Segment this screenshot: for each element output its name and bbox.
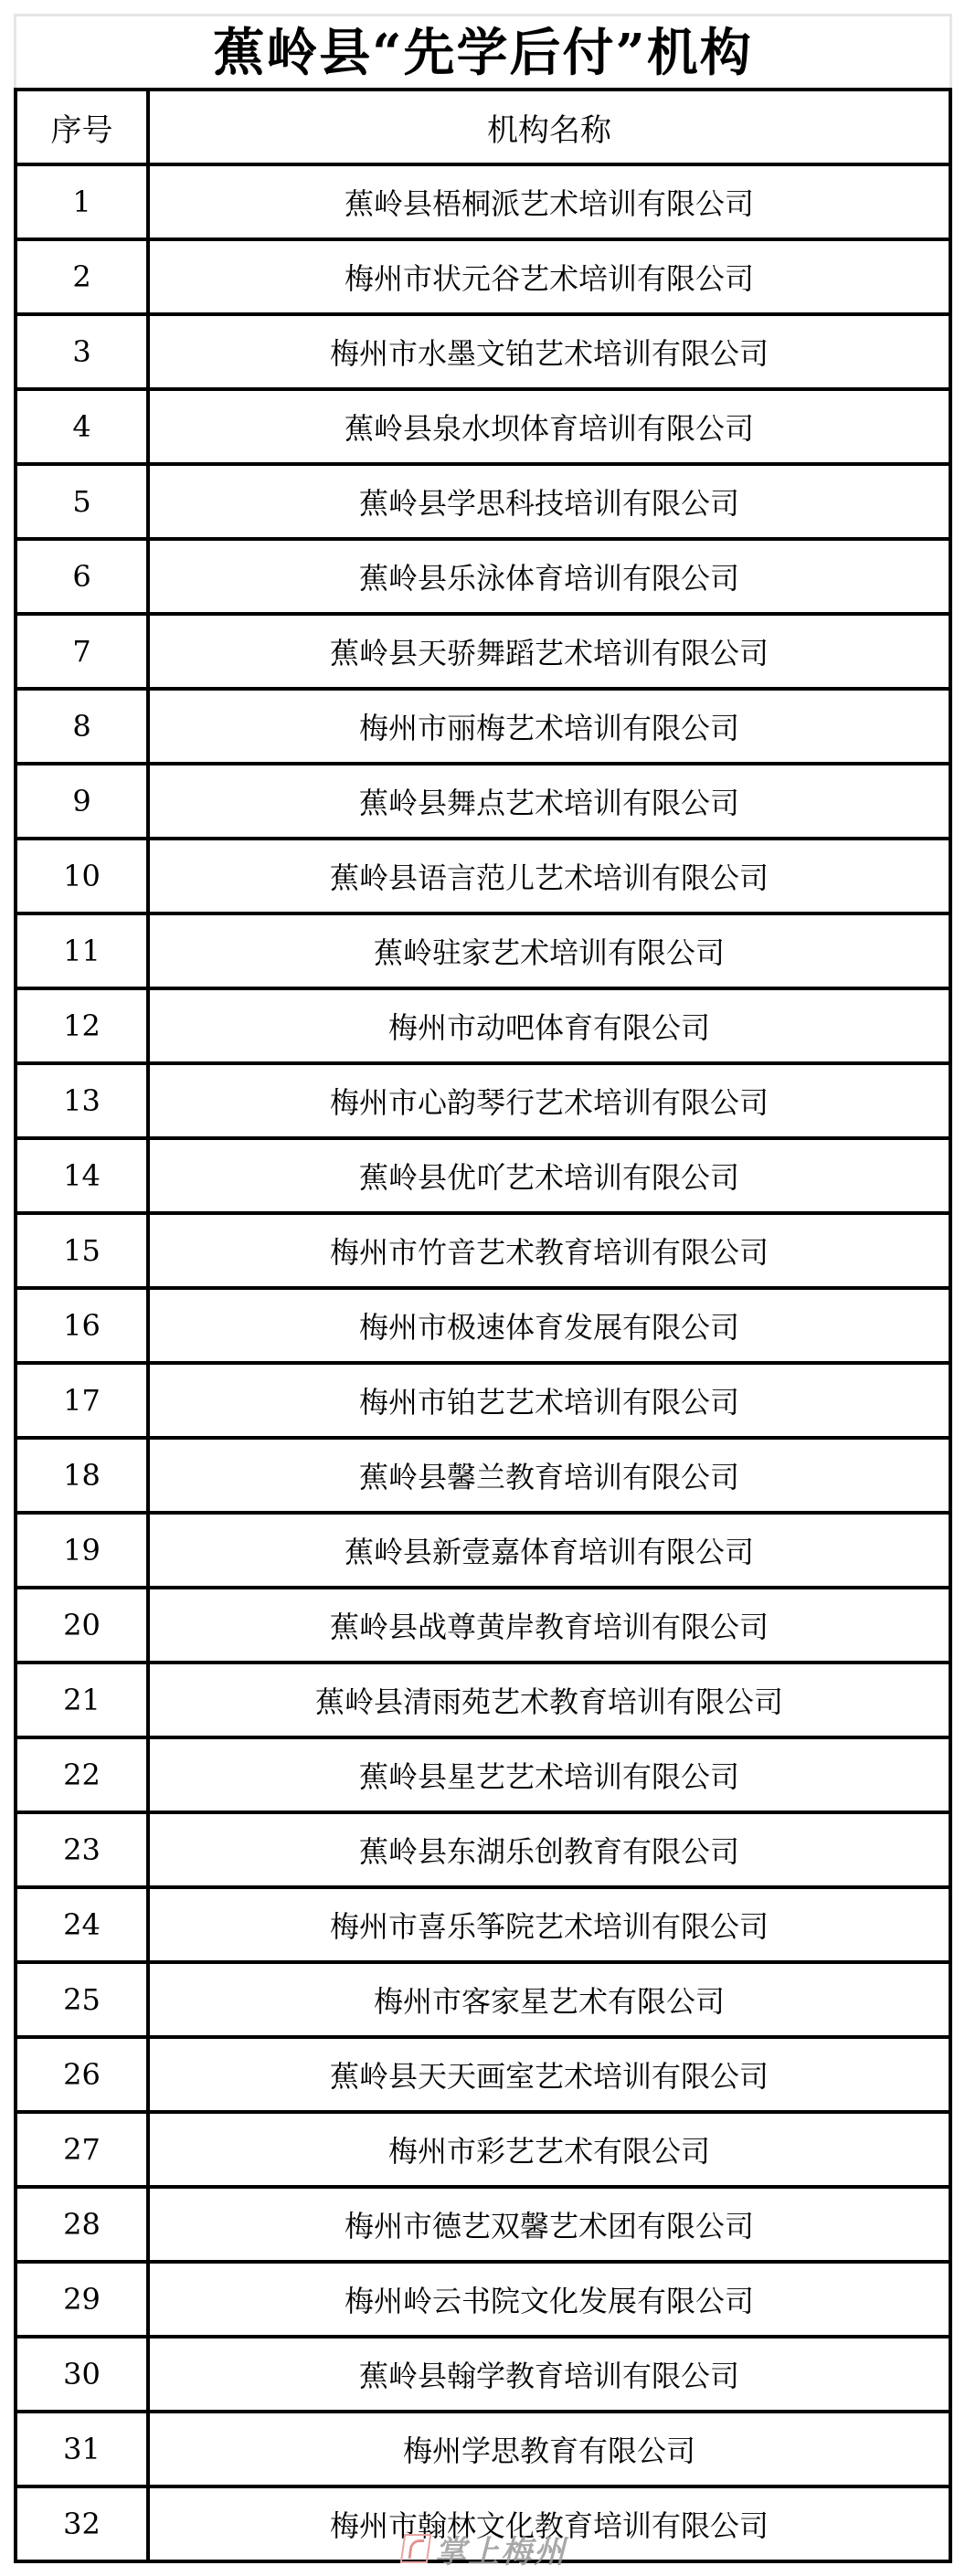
- table-row: 13梅州市心韵琴行艺术培训有限公司: [16, 1063, 950, 1138]
- organization-name: 梅州市竹音艺术教育培训有限公司: [148, 1213, 950, 1288]
- row-number: 13: [16, 1063, 148, 1138]
- organization-name: 梅州市状元谷艺术培训有限公司: [148, 239, 950, 314]
- row-number: 2: [16, 239, 148, 314]
- table-row: 6蕉岭县乐泳体育培训有限公司: [16, 539, 950, 614]
- organization-name: 梅州市翰林文化教育培训有限公司: [148, 2486, 950, 2561]
- table-row: 25梅州市客家星艺术有限公司: [16, 1962, 950, 2037]
- table-row: 31梅州学思教育有限公司: [16, 2412, 950, 2486]
- row-number: 16: [16, 1288, 148, 1363]
- row-number: 19: [16, 1513, 148, 1588]
- table-row: 9蕉岭县舞点艺术培训有限公司: [16, 764, 950, 839]
- row-number: 24: [16, 1887, 148, 1962]
- table-row: 2梅州市状元谷艺术培训有限公司: [16, 239, 950, 314]
- table-row: 14蕉岭县优吖艺术培训有限公司: [16, 1138, 950, 1213]
- table-row: 3梅州市水墨文铂艺术培训有限公司: [16, 314, 950, 389]
- row-number: 28: [16, 2187, 148, 2262]
- organization-name: 蕉岭县清雨苑艺术教育培训有限公司: [148, 1663, 950, 1737]
- row-number: 12: [16, 988, 148, 1063]
- table-row: 22蕉岭县星艺艺术培训有限公司: [16, 1737, 950, 1812]
- organization-name: 蕉岭县优吖艺术培训有限公司: [148, 1138, 950, 1213]
- row-number: 18: [16, 1438, 148, 1513]
- row-number: 27: [16, 2112, 148, 2187]
- table-row: 26蕉岭县天天画室艺术培训有限公司: [16, 2037, 950, 2112]
- table-row: 24梅州市喜乐筝院艺术培训有限公司: [16, 1887, 950, 1962]
- organization-name: 梅州学思教育有限公司: [148, 2412, 950, 2486]
- organization-name: 蕉岭县馨兰教育培训有限公司: [148, 1438, 950, 1513]
- organization-name: 蕉岭县乐泳体育培训有限公司: [148, 539, 950, 614]
- organization-name: 梅州市动吧体育有限公司: [148, 988, 950, 1063]
- table-row: 1蕉岭县梧桐派艺术培训有限公司: [16, 164, 950, 239]
- table-row: 7蕉岭县天骄舞蹈艺术培训有限公司: [16, 614, 950, 689]
- organization-name: 梅州岭云书院文化发展有限公司: [148, 2262, 950, 2337]
- row-number: 17: [16, 1363, 148, 1438]
- row-number: 26: [16, 2037, 148, 2112]
- organization-name: 蕉岭县新壹嘉体育培训有限公司: [148, 1513, 950, 1588]
- table-row: 18蕉岭县馨兰教育培训有限公司: [16, 1438, 950, 1513]
- row-number: 10: [16, 839, 148, 913]
- row-number: 32: [16, 2486, 148, 2561]
- table-row: 27梅州市彩艺艺术有限公司: [16, 2112, 950, 2187]
- row-number: 11: [16, 913, 148, 988]
- organization-name: 蕉岭县天骄舞蹈艺术培训有限公司: [148, 614, 950, 689]
- organization-name: 蕉岭县学思科技培训有限公司: [148, 464, 950, 539]
- organization-name: 蕉岭县语言范儿艺术培训有限公司: [148, 839, 950, 913]
- table-row: 29梅州岭云书院文化发展有限公司: [16, 2262, 950, 2337]
- row-number: 6: [16, 539, 148, 614]
- table-row: 4蕉岭县泉水坝体育培训有限公司: [16, 389, 950, 464]
- organization-name: 蕉岭县翰学教育培训有限公司: [148, 2337, 950, 2412]
- row-number: 5: [16, 464, 148, 539]
- organization-name: 梅州市丽梅艺术培训有限公司: [148, 689, 950, 764]
- row-number: 22: [16, 1737, 148, 1812]
- row-number: 21: [16, 1663, 148, 1737]
- table-row: 12梅州市动吧体育有限公司: [16, 988, 950, 1063]
- table-row: 8梅州市丽梅艺术培训有限公司: [16, 689, 950, 764]
- document-title: 蕉岭县“先学后付”机构: [16, 16, 949, 90]
- organization-name: 梅州市喜乐筝院艺术培训有限公司: [148, 1887, 950, 1962]
- organization-name: 梅州市客家星艺术有限公司: [148, 1962, 950, 2037]
- row-number: 8: [16, 689, 148, 764]
- organization-name: 蕉岭县星艺艺术培训有限公司: [148, 1737, 950, 1812]
- organization-name: 蕉岭县战尊黄岸教育培训有限公司: [148, 1588, 950, 1663]
- row-number: 20: [16, 1588, 148, 1663]
- table-row: 23蕉岭县东湖乐创教育有限公司: [16, 1812, 950, 1887]
- table-row: 19蕉岭县新壹嘉体育培训有限公司: [16, 1513, 950, 1588]
- organization-name: 梅州市铂艺艺术培训有限公司: [148, 1363, 950, 1438]
- table-row: 15梅州市竹音艺术教育培训有限公司: [16, 1213, 950, 1288]
- row-number: 7: [16, 614, 148, 689]
- row-number: 25: [16, 1962, 148, 2037]
- organization-name: 蕉岭县泉水坝体育培训有限公司: [148, 389, 950, 464]
- table-row: 17梅州市铂艺艺术培训有限公司: [16, 1363, 950, 1438]
- row-number: 9: [16, 764, 148, 839]
- organization-name: 梅州市水墨文铂艺术培训有限公司: [148, 314, 950, 389]
- organization-name: 梅州市彩艺艺术有限公司: [148, 2112, 950, 2187]
- table-row: 10蕉岭县语言范儿艺术培训有限公司: [16, 839, 950, 913]
- table-row: 5蕉岭县学思科技培训有限公司: [16, 464, 950, 539]
- table-row: 30蕉岭县翰学教育培训有限公司: [16, 2337, 950, 2412]
- table-row: 20蕉岭县战尊黄岸教育培训有限公司: [16, 1588, 950, 1663]
- table-row: 16梅州市极速体育发展有限公司: [16, 1288, 950, 1363]
- header-organization-name: 机构名称: [148, 90, 950, 164]
- row-number: 30: [16, 2337, 148, 2412]
- table-header-row: 序号 机构名称: [16, 90, 950, 164]
- table-row: 11蕉岭驻家艺术培训有限公司: [16, 913, 950, 988]
- row-number: 4: [16, 389, 148, 464]
- row-number: 31: [16, 2412, 148, 2486]
- organization-name: 蕉岭县东湖乐创教育有限公司: [148, 1812, 950, 1887]
- title-area: 蕉岭县“先学后付”机构: [14, 14, 952, 90]
- table-row: 32梅州市翰林文化教育培训有限公司: [16, 2486, 950, 2561]
- row-number: 29: [16, 2262, 148, 2337]
- organization-name: 梅州市心韵琴行艺术培训有限公司: [148, 1063, 950, 1138]
- organization-name: 梅州市德艺双馨艺术团有限公司: [148, 2187, 950, 2262]
- organization-table: 序号 机构名称 1蕉岭县梧桐派艺术培训有限公司 2梅州市状元谷艺术培训有限公司 …: [14, 88, 952, 2563]
- table-row: 21蕉岭县清雨苑艺术教育培训有限公司: [16, 1663, 950, 1737]
- organization-name: 蕉岭县天天画室艺术培训有限公司: [148, 2037, 950, 2112]
- organization-name: 蕉岭驻家艺术培训有限公司: [148, 913, 950, 988]
- header-serial-number: 序号: [16, 90, 148, 164]
- row-number: 3: [16, 314, 148, 389]
- organization-name: 蕉岭县舞点艺术培训有限公司: [148, 764, 950, 839]
- row-number: 15: [16, 1213, 148, 1288]
- row-number: 1: [16, 164, 148, 239]
- organization-name: 蕉岭县梧桐派艺术培训有限公司: [148, 164, 950, 239]
- row-number: 23: [16, 1812, 148, 1887]
- table-row: 28梅州市德艺双馨艺术团有限公司: [16, 2187, 950, 2262]
- row-number: 14: [16, 1138, 148, 1213]
- organization-name: 梅州市极速体育发展有限公司: [148, 1288, 950, 1363]
